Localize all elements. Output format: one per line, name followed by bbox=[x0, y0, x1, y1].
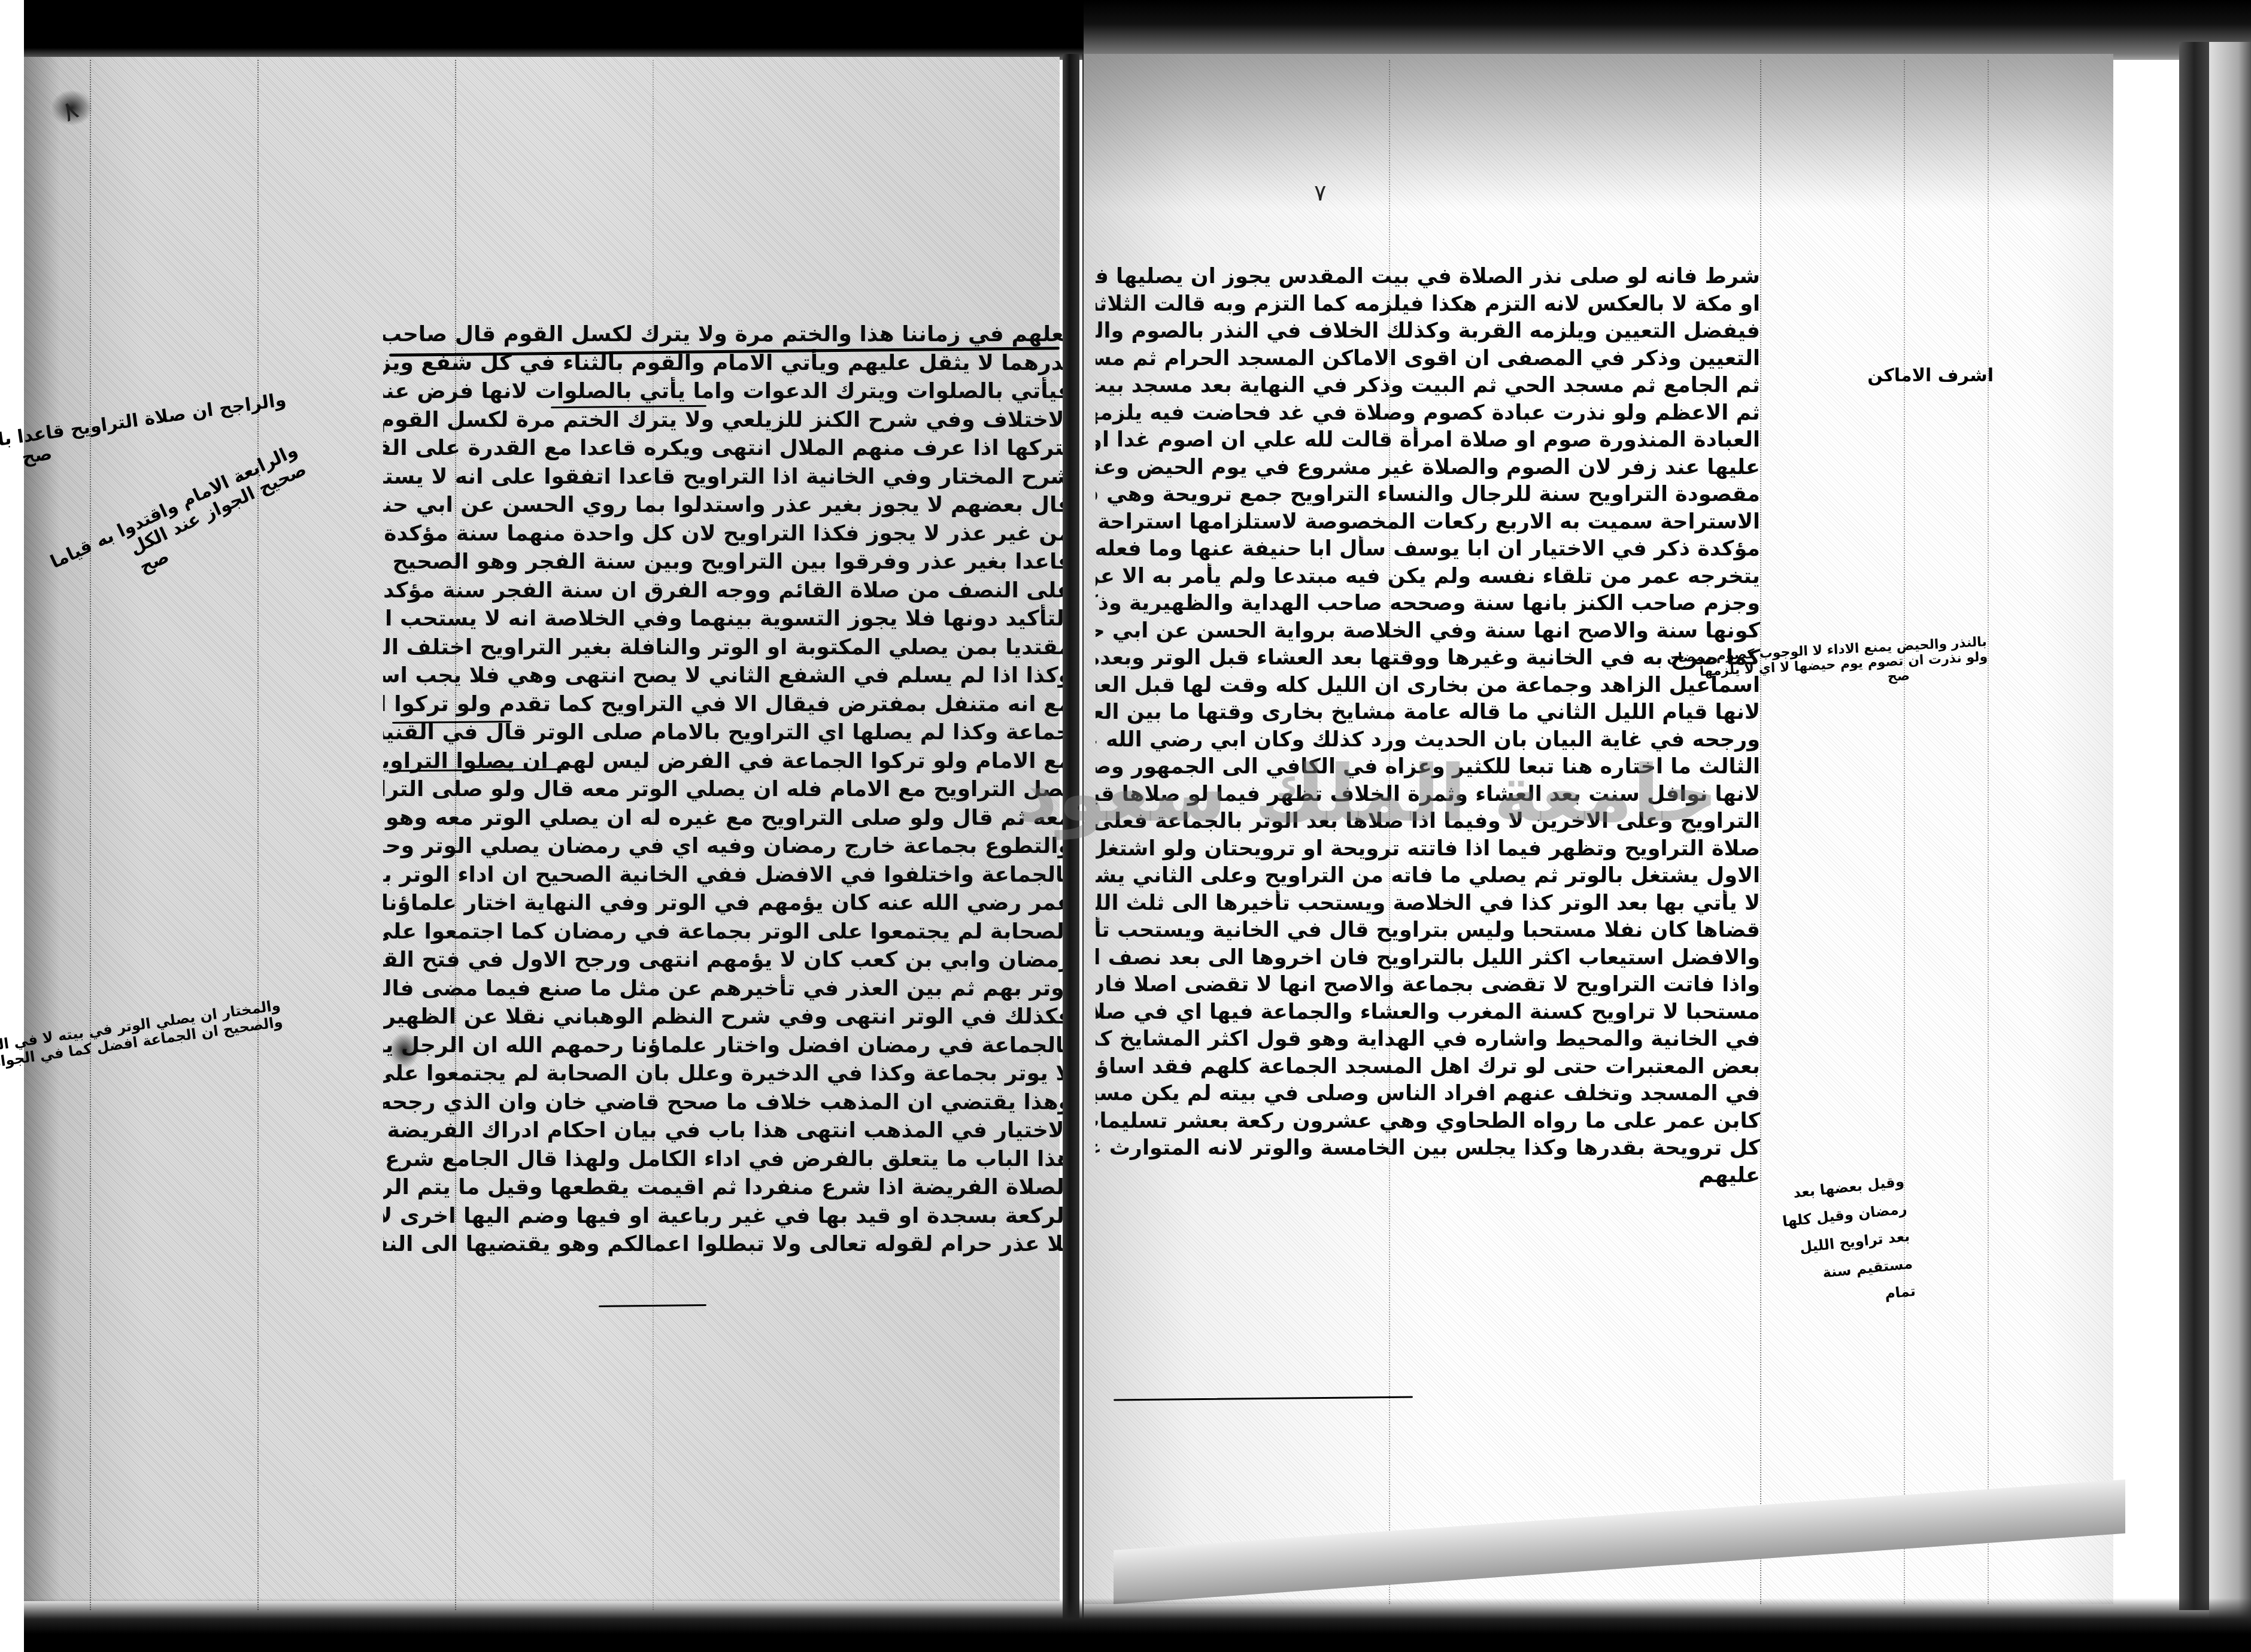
text-line: بعض المعتبرات حتى لو ترك اهل المسجد الجم… bbox=[1096, 1053, 1760, 1081]
text-line: قضاها كان نفلا مستحبا وليس بتراويح قال ف… bbox=[1096, 917, 1760, 945]
ruling-line bbox=[257, 60, 259, 1610]
margin-note-right-top: اشرف الاماكن bbox=[1916, 365, 1994, 386]
text-line: كابن عمر على ما رواه الطحاوي وهي عشرون ر… bbox=[1096, 1108, 1760, 1135]
text-line: مؤكدة ذكر في الاختيار ان ابا يوسف سأل اب… bbox=[1096, 536, 1760, 563]
page-edge-stack bbox=[2209, 42, 2251, 1652]
margin-note-right-bottom: وقيل بعضها بعد رمضان وقيل كلها بعد تراوي… bbox=[1795, 1168, 1917, 1316]
text-line: رمضان وابي بن كعب كان لا يؤمهم انتهى ورج… bbox=[383, 946, 1072, 974]
text-line: عمر رضي الله عنه كان يؤمهم في الوتر وفي … bbox=[383, 889, 1072, 918]
text-line: لعلهم في زماننا هذا والختم مرة ولا يترك … bbox=[383, 320, 1072, 349]
text-line: مستحبا لا تراويح كسنة المغرب والعشاء وال… bbox=[1096, 999, 1760, 1027]
text-line: مع انه متنفل بمفترض فيقال الا في التراوي… bbox=[383, 690, 1072, 719]
text-line: الركعة بسجدة او قيد بها في غير رباعية او… bbox=[383, 1202, 1072, 1231]
text-line: بلا عذر حرام لقوله تعالى ولا تبطلوا اعما… bbox=[383, 1230, 1072, 1259]
page-edge-shadow bbox=[2179, 42, 2209, 1610]
text-line: شرح المختار وفي الخانية اذا التراويح قاع… bbox=[383, 463, 1072, 491]
text-line: من غير عذر لا يجوز فكذا التراويح لان كل … bbox=[383, 520, 1072, 548]
text-line: مقتديا بمن يصلي المكتوبة او الوتر والناف… bbox=[383, 633, 1072, 662]
text-line: وكذا اذا لم يسلم في الشفع الثاني لا يصح … bbox=[383, 661, 1072, 690]
scan-top-border-right bbox=[1084, 0, 2251, 60]
text-line: لا يوتر بجماعة وكذا في الدخيرة وعلل بان … bbox=[383, 1059, 1072, 1088]
text-line: كونها سنة والاصح انها سنة وفي الخلاصة بر… bbox=[1096, 618, 1760, 645]
text-line: على النصف من صلاة القائم ووجه الفرق ان س… bbox=[383, 576, 1072, 605]
text-line: مقصودة التراويح سنة للرجال والنساء الترا… bbox=[1096, 481, 1760, 509]
scan-shadow bbox=[1084, 54, 2113, 209]
text-line: عليها عند زفر لان الصوم والصلاة غير مشرو… bbox=[1096, 454, 1760, 482]
text-line: العبادة المنذورة صوم او صلاة امرأة قالت … bbox=[1096, 427, 1760, 454]
text-line: والتطوع بجماعة خارج رمضان وفيه اي في رمض… bbox=[383, 832, 1072, 861]
manuscript-scan: ٨ لعلهم في زماننا هذا والختم مرة ولا يتر… bbox=[0, 0, 2251, 1652]
text-line: الاول يشتغل بالوتر ثم يصلي ما فاته من ال… bbox=[1096, 863, 1760, 890]
text-line: الاختيار في المذهب انتهى هذا باب في بيان… bbox=[383, 1116, 1072, 1145]
text-line: ثم الاعظم ولو نذرت عبادة كصوم وصلاة في غ… bbox=[1096, 400, 1760, 427]
text-line: في الخانية والمحيط واشاره في الهداية وهو… bbox=[1096, 1026, 1760, 1053]
left-page-text-block: لعلهم في زماننا هذا والختم مرة ولا يترك … bbox=[383, 320, 1072, 1259]
text-line: كما صرح به في الخانية وغيرها ووقتها بعد … bbox=[1096, 645, 1760, 672]
book-spine bbox=[1063, 54, 1079, 1652]
text-line: او مكة لا بالعكس لانه التزم هكذا فيلزمه … bbox=[1096, 291, 1760, 318]
text-line: يتركها اذا عرف منهم الملال انتهى ويكره ق… bbox=[383, 434, 1072, 463]
text-line: صلاة التراويح وتظهر فيما اذا فاتته ترويح… bbox=[1096, 836, 1760, 863]
text-line: فكذلك في الوتر انتهى وفي شرح النظم الوهب… bbox=[383, 1003, 1072, 1031]
text-line bbox=[1096, 1189, 1760, 1217]
text-line: واذا فاتت التراويح لا تقضى بجماعة والاصح… bbox=[1096, 971, 1760, 999]
ink-stain bbox=[51, 90, 93, 126]
right-page-text-block: شرط فانه لو صلى نذر الصلاة في بيت المقدس… bbox=[1096, 263, 1760, 1217]
text-line: فيأتي بالصلوات ويترك الدعوات واما يأتي ب… bbox=[383, 377, 1072, 406]
text-line: في المسجد وتخلف عنهم افراد الناس وصلى في… bbox=[1096, 1080, 1760, 1108]
text-line: اسماعيل الزاهد وجماعة من بخارى ان الليل … bbox=[1096, 672, 1760, 700]
text-line: والافضل استيعاب اكثر الليل بالتراويح فان… bbox=[1096, 945, 1760, 972]
text-line: التأكيد دونها فلا يجوز التسوية بينهما وف… bbox=[383, 605, 1072, 633]
text-line: الاختلاف وفي شرح الكنز للزيلعي ولا يترك … bbox=[383, 406, 1072, 435]
text-line: لا يأتي بها بعد الوتر كذا في الخلاصة ويس… bbox=[1096, 890, 1760, 918]
scan-top-border-left bbox=[24, 0, 1084, 60]
text-line: لانها قيام الليل الثاني ما قاله عامة مشا… bbox=[1096, 699, 1760, 727]
text-line: شرط فانه لو صلى نذر الصلاة في بيت المقدس… bbox=[1096, 263, 1760, 291]
ruling-line bbox=[1760, 60, 1761, 1604]
text-line: فيفضل التعيين ويلزمه القربة وكذلك الخلاف… bbox=[1096, 318, 1760, 345]
text-line: ثم الجامع ثم مسجد الحي ثم البيت وذكر في … bbox=[1096, 372, 1760, 400]
ruling-line bbox=[1988, 60, 1989, 1604]
text-line: هذا الباب ما يتعلق بالفرض في اداء الكامل… bbox=[383, 1145, 1072, 1174]
watermark: جامعة الملك سعود bbox=[1018, 748, 1718, 839]
page-number: ٧ bbox=[1314, 180, 1326, 206]
scan-bottom-border bbox=[24, 1598, 2251, 1652]
text-line: عليهم bbox=[1096, 1162, 1760, 1190]
ruling-line bbox=[90, 60, 91, 1610]
text-line: وجزم صاحب الكنز بانها سنة وصححه صاحب اله… bbox=[1096, 590, 1760, 618]
text-line: كل ترويحة بقدرها وكذا يجلس بين الخامسة و… bbox=[1096, 1135, 1760, 1162]
text-line: الصلاة الفريضة اذا شرع منفردا ثم اقيمت ي… bbox=[383, 1173, 1072, 1202]
text-line: يصل التراويح مع الامام فله ان يصلي الوتر… bbox=[383, 775, 1072, 804]
ruling-line bbox=[1904, 60, 1905, 1604]
text-line: الصحابة لم يجتمعوا على الوتر بجماعة في ر… bbox=[383, 918, 1072, 946]
text-line: يتخرجه عمر من تلقاء نفسه ولم يكن فيه مبت… bbox=[1096, 563, 1760, 591]
text-line: التعيين وذكر في المصفى ان اقوى الاماكن ا… bbox=[1096, 345, 1760, 373]
text-line: الاستراحة سميت به الاربع ركعات المخصوصة … bbox=[1096, 509, 1760, 536]
text-line: معه ثم قال ولو صلى التراويح مع غيره له ا… bbox=[383, 804, 1072, 833]
text-line: مع الامام ولو تركوا الجماعة في الفرض ليس… bbox=[383, 747, 1072, 776]
margin-note-right-middle: بالنذر والحيض يمنع الاداء لا الوجوب كصوم… bbox=[1807, 634, 1989, 689]
text-line: قاعدا بغير عذر وفرقوا بين التراويح وبين … bbox=[383, 548, 1072, 576]
text-line: بالجماعة واختلفوا في الافضل ففي الخانية … bbox=[383, 861, 1072, 889]
text-line: قال بعضهم لا يجوز بغير عذر واستدلوا بما … bbox=[383, 491, 1072, 520]
text-line: بالجماعة في رمضان افضل واختار علماؤنا رح… bbox=[383, 1031, 1072, 1060]
text-line: وهذا يقتضي ان المذهب خلاف ما صحح قاضي خا… bbox=[383, 1088, 1072, 1117]
scan-left-margin bbox=[0, 0, 24, 1652]
text-line: اوتر بهم ثم بين العذر في تأخيرهم عن مثل … bbox=[383, 974, 1072, 1003]
